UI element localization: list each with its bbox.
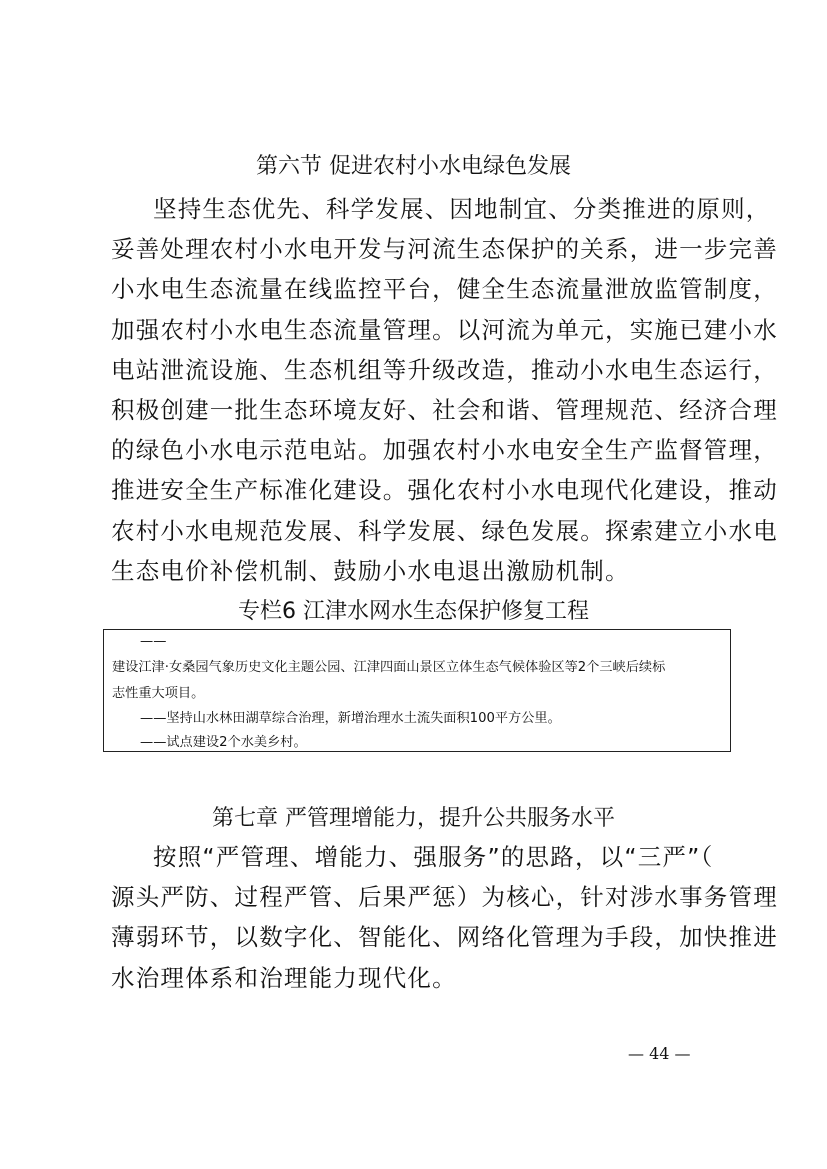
paragraph-line: 小水电生态流量在线监控平台，健全生态流量泄放监管制度， <box>111 269 711 309</box>
section-paragraph: 坚持生态优先、科学发展、因地制宜、分类推进的原则， 妥善处理农村小水电开发与河流… <box>111 189 711 591</box>
paragraph-line: 积极创建一批生态环境友好、社会和谐、管理规范、经济合理 <box>111 390 711 430</box>
paragraph-line: 坚持生态优先、科学发展、因地制宜、分类推进的原则， <box>111 189 711 229</box>
column-box-title: 专栏6 江津水网水生态保护修复工程 <box>0 594 827 625</box>
box-line: 志性重大项目。 <box>112 686 204 702</box>
paragraph-line: 的绿色小水电示范电站。加强农村小水电安全生产监督管理， <box>111 430 711 470</box>
paragraph-line: 生态电价补偿机制、鼓励小水电退出激励机制。 <box>111 551 711 591</box>
box-line: ——坚持山水林田湖草综合治理，新增治理水土流失面积100平方公里。 <box>140 711 561 727</box>
paragraph-line: 农村小水电规范发展、科学发展、绿色发展。探索建立小水电 <box>111 511 711 551</box>
box-line: ——试点建设2个水美乡村。 <box>140 735 307 751</box>
paragraph-line: 妥善处理农村小水电开发与河流生态保护的关系，进一步完善 <box>111 229 711 269</box>
paragraph-line: 加强农村小水电生态流量管理。以河流为单元，实施已建小水 <box>111 310 711 350</box>
paragraph-line: 推进安全生产标准化建设。强化农村小水电现代化建设，推动 <box>111 470 711 510</box>
paragraph-line: 按照“严管理、增能力、强服务”的思路，以“三严”（ <box>111 837 711 877</box>
page-number: — 44 — <box>628 1044 691 1063</box>
paragraph-line: 电站泄流设施、生态机组等升级改造，推动小水电生态运行， <box>111 350 711 390</box>
box-line: —— <box>140 634 166 650</box>
column-box: —— 建设江津·女桑园气象历史文化主题公园、江津四面山景区立体生态气候体验区等2… <box>103 629 731 752</box>
chapter-title: 第七章 严管理增能力，提升公共服务水平 <box>0 801 827 832</box>
section-title: 第六节 促进农村小水电绿色发展 <box>0 149 827 180</box>
paragraph-line: 源头严防、过程严管、后果严惩）为核心，针对涉水事务管理 <box>111 877 711 917</box>
paragraph-line: 水治理体系和治理能力现代化。 <box>111 958 711 998</box>
chapter-paragraph: 按照“严管理、增能力、强服务”的思路，以“三严”（ 源头严防、过程严管、后果严惩… <box>111 837 711 998</box>
paragraph-line: 薄弱环节，以数字化、智能化、网络化管理为手段，加快推进 <box>111 917 711 957</box>
box-line: 建设江津·女桑园气象历史文化主题公园、江津四面山景区立体生态气候体验区等2个三峡… <box>112 660 665 676</box>
